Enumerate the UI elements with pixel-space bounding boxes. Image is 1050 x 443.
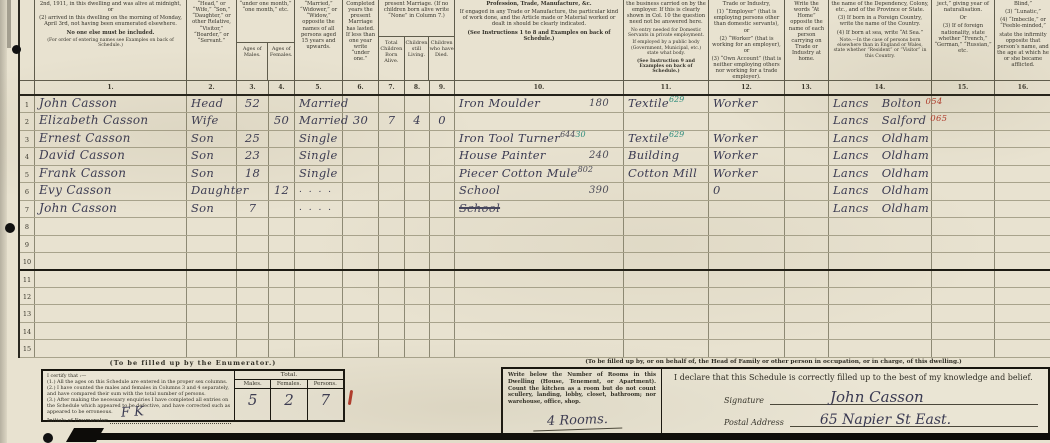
row-11-died [430,271,455,287]
column-number: 11. [624,81,709,94]
row-6-num: 6 [20,183,35,199]
row-6-died [430,183,455,199]
enumerator-box: I certify that :— (1.) All the ages on t… [41,369,345,422]
row-14-industry [624,323,709,339]
row-2-living: 4 [405,113,430,129]
row-12-age_m [237,288,269,304]
row-8-name [35,218,187,234]
row-1-died [430,96,455,112]
row-7-name: John Casson [35,201,187,217]
row-13-name [35,305,187,321]
header-employment-column: Trade or Industry, (1) “Employer” (that … [709,0,785,80]
row-15-birthplace [829,340,932,356]
row-11-age_f [269,271,295,287]
row-6-infirmity [995,183,1050,199]
table-header: 2nd, 1911, in this dwelling and was aliv… [20,0,1050,80]
row-2-born: 7 [379,113,405,129]
postal-address-handwriting: 65 Napier St East. [820,412,951,428]
header-text: state the infirmity opposite that person… [997,32,1049,69]
row-14-occupation [455,323,624,339]
row-13-years [343,305,379,321]
row-11-living [405,271,430,287]
header-birthplace-column: the name of the Dependency, Colony, etc.… [829,0,932,80]
enumerator-section-title: (To be filled up by the Enumerator.) [40,359,346,367]
row-7-occupation: School [455,201,624,217]
row-13-age_f [269,305,295,321]
row-14-athome [785,323,829,339]
row-13-nationality [932,305,995,321]
header-age-females: Ages of Females. [268,43,294,80]
table-row: 4David CassonSon23SingleHouse Painter240… [20,148,1050,165]
row-2-name: Elizabeth Casson [35,113,187,129]
row-7-num: 7 [20,201,35,217]
punch-hole [12,45,21,54]
row-10-name [35,253,187,268]
row-14-died [430,323,455,339]
row-12-relation [187,288,237,304]
rooms-value-handwriting: 4 Rooms. [533,411,623,431]
row-3-age_m: 25 [237,131,269,147]
row-1-num: 1 [20,96,35,112]
males-value-handwriting: 5 [235,389,271,420]
row-4-name: David Casson [35,148,187,164]
header-text: Completed years the present Marriage has… [345,1,376,62]
row-4-relation: Son [187,148,237,164]
row-6-nationality [932,183,995,199]
row-14-birthplace [829,323,932,339]
header-text: (2) arrived in this dwelling on the morn… [37,15,184,27]
row-6-industry [624,183,709,199]
header-text: (3) If born in a Foreign Country, write … [831,15,929,27]
header-infirmity-column: Blind,” (3) “Lunatic,” (4) “Imbecile,” o… [995,0,1050,80]
persons-label: Persons. [308,380,343,388]
row-2-age_f: 50 [269,113,295,129]
header-text: Note.—In the case of persons born elsewh… [831,38,929,60]
row-5-num: 5 [20,166,35,182]
row-9-infirmity [995,236,1050,252]
row-7-industry [624,201,709,217]
rooms-pane: Write below the Number of Rooms in this … [503,369,662,436]
header-text: present Marriage. (If no children born a… [379,0,454,36]
row-15-employment [709,340,785,356]
row-8-marriage [295,218,343,234]
row-9-industry [624,236,709,252]
table-row: 12 [20,288,1050,305]
row-13-occupation [455,305,624,321]
row-5-nationality [932,166,995,182]
row-9-employment [709,236,785,252]
row-15-living [405,340,430,356]
row-3-athome [785,131,829,147]
certify-item: (2.) I have counted the males and female… [47,385,231,397]
table-row: 10 [20,253,1050,270]
row-12-born [379,288,405,304]
row-6-relation: Daughter [187,183,237,199]
row-14-nationality [932,323,995,339]
header-text: (4) “Imbecile,” or “Feeble-minded,” [997,17,1049,29]
row-2-age_m [237,113,269,129]
table-row: 3Ernest CassonSon25SingleIron Tool Turne… [20,131,1050,148]
row-13-died [430,305,455,321]
postal-address-label: Postal Address [724,418,784,427]
row-2-died: 0 [430,113,455,129]
row-5-died [430,166,455,182]
census-schedule-page: 2nd, 1911, in this dwelling and was aliv… [0,0,1050,443]
header-name-column: 2nd, 1911, in this dwelling and was aliv… [35,0,187,80]
row-8-infirmity [995,218,1050,234]
row-12-died [430,288,455,304]
row-11-nationality [932,271,995,287]
row-11-years [343,271,379,287]
column-number: 1. [35,81,187,94]
row-13-infirmity [995,305,1050,321]
row-11-industry [624,271,709,287]
row-15-born [379,340,405,356]
row-11-born [379,271,405,287]
row-3-num: 3 [20,131,35,147]
entry-rows: 1John CassonHead52MarriedIron Moulder180… [20,96,1050,358]
row-4-years [343,148,379,164]
row-4-marriage: Single [295,148,343,164]
row-4-occupation: House Painter240 [455,148,624,164]
header-text: No one else must be included. [37,30,184,36]
row-2-marriage: Married [295,113,343,129]
row-4-age_m: 23 [237,148,269,164]
column-number: 2. [187,81,237,94]
row-5-age_f [269,166,295,182]
header-years-married-column: Completed years the present Marriage has… [343,0,379,80]
row-10-age_f [269,253,295,268]
header-children-living: Children still Living. [405,37,430,80]
header-text: (For order of entering names see Example… [37,38,184,49]
row-3-occupation: Iron Tool Turner64430 [455,131,624,147]
row-6-born [379,183,405,199]
row-9-name [35,236,187,252]
row-11-num: 11 [20,271,35,287]
females-value-handwriting: 2 [271,389,307,420]
row-4-birthplace: Lancs Oldham [829,148,932,164]
header-occupation-column: Profession, Trade, Manufacture, &c. If e… [455,0,624,80]
row-14-born [379,323,405,339]
row-7-years [343,201,379,217]
row-15-nationality [932,340,995,356]
row-10-occupation [455,253,624,268]
row-5-name: Frank Casson [35,166,187,182]
row-2-occupation [455,113,624,129]
row-1-years [343,96,379,112]
column-number: 16. [995,81,1050,94]
row-15-marriage [295,340,343,356]
row-4-nationality [932,148,995,164]
signature-label: Signature [724,396,764,405]
row-6-occupation: School390 [455,183,624,199]
row-2-relation: Wife [187,113,237,129]
declaration-pane: I declare that this Schedule is correctl… [662,369,1048,436]
row-1-name: John Casson [35,96,187,112]
row-9-num: 9 [20,236,35,252]
header-rownum-column [20,0,35,80]
header-text: (See Instruction 9 and Examples on back … [626,59,706,75]
row-12-infirmity [995,288,1050,304]
row-11-employment [709,271,785,287]
row-15-relation [187,340,237,356]
table-row: 7John CassonSon7. . . .SchoolLancs Oldha… [20,201,1050,218]
row-14-age_m [237,323,269,339]
row-10-infirmity [995,253,1050,268]
row-11-birthplace [829,271,932,287]
row-5-employment: Worker [709,166,785,182]
row-3-relation: Son [187,131,237,147]
initials-label: Initials of Enumerator [47,418,108,424]
row-13-born [379,305,405,321]
row-14-name [35,323,187,339]
row-10-industry [624,253,709,268]
row-3-marriage: Single [295,131,343,147]
row-14-infirmity [995,323,1050,339]
column-number: 4. [269,81,295,94]
column-number: 9. [430,81,455,94]
column-number: 13. [785,81,829,94]
table-row: 8 [20,218,1050,235]
row-8-living [405,218,430,234]
row-15-age_f [269,340,295,356]
row-8-born [379,218,405,234]
row-2-birthplace: Lancs Salford065 [829,113,932,129]
header-text: the name of the Dependency, Colony, etc.… [831,1,929,13]
row-8-industry [624,218,709,234]
row-15-age_m [237,340,269,356]
row-5-relation: Son [187,166,237,182]
row-14-employment [709,323,785,339]
header-children-group: present Marriage. (If no children born a… [379,0,455,80]
row-14-years [343,323,379,339]
row-13-num: 13 [20,305,35,321]
row-7-athome [785,201,829,217]
census-table: 2nd, 1911, in this dwelling and was aliv… [18,0,1050,358]
column-number: 14. [829,81,932,94]
row-7-died [430,201,455,217]
row-15-athome [785,340,829,356]
row-7-infirmity [995,201,1050,217]
row-6-name: Evy Casson [35,183,187,199]
column-number: 15. [932,81,995,94]
row-10-died [430,253,455,268]
declaration-text: I declare that this Schedule is correctl… [674,373,1038,382]
row-3-born [379,131,405,147]
totals-header: Total. [235,371,343,380]
row-3-age_f [269,131,295,147]
row-3-name: Ernest Casson [35,131,187,147]
row-13-employment [709,305,785,321]
row-7-nationality [932,201,995,217]
row-2-years: 30 [343,113,379,129]
row-8-years [343,218,379,234]
row-4-born [379,148,405,164]
row-12-employment [709,288,785,304]
row-1-relation: Head [187,96,237,112]
row-10-marriage [295,253,343,268]
row-10-birthplace [829,253,932,268]
header-relation-column: “Head,” or “Wife,” “Son,” “Daughter,” or… [187,0,237,80]
row-1-born [379,96,405,112]
row-5-occupation: Piecer Cotton Mule802 [455,166,624,182]
row-11-marriage [295,271,343,287]
row-6-athome [785,183,829,199]
header-text: (1) “Employer” (that is employing person… [711,9,782,34]
row-5-born [379,166,405,182]
row-12-occupation [455,288,624,304]
row-12-age_f [269,288,295,304]
row-9-occupation [455,236,624,252]
row-12-years [343,288,379,304]
row-8-num: 8 [20,218,35,234]
row-6-birthplace: Lancs Oldham [829,183,932,199]
header-text: 2nd, 1911, in this dwelling and was aliv… [37,1,184,13]
column-number: 7. [379,81,405,94]
householder-box: Write below the Number of Rooms in this … [501,367,1050,438]
row-13-age_m [237,305,269,321]
row-10-living [405,253,430,268]
row-4-industry: Building [624,148,709,164]
row-1-age_m: 52 [237,96,269,112]
row-1-nationality [932,96,995,112]
row-12-marriage [295,288,343,304]
table-row: 11 [20,271,1050,288]
row-4-num: 4 [20,148,35,164]
persons-value-handwriting: 7 [308,389,343,420]
row-11-athome [785,271,829,287]
table-row: 1John CassonHead52MarriedIron Moulder180… [20,96,1050,113]
row-14-relation [187,323,237,339]
row-8-birthplace [829,218,932,234]
row-11-occupation [455,271,624,287]
row-5-age_m: 18 [237,166,269,182]
row-6-age_f: 12 [269,183,295,199]
row-2-infirmity [995,113,1050,129]
table-row: 5Frank CassonSon18SinglePiecer Cotton Mu… [20,166,1050,183]
header-text: Write the words “At Home” opposite the n… [787,1,826,62]
header-text: Profession, Trade, Manufacture, &c. [457,1,621,7]
enumerator-certification: I certify that :— (1.) All the ages on t… [43,371,235,420]
header-text: If engaged in any Trade or Manufacture, … [457,9,621,27]
row-7-employment [709,201,785,217]
column-number: 6. [343,81,379,94]
row-9-died [430,236,455,252]
row-10-born [379,253,405,268]
column-number: 10. [455,81,624,94]
row-2-employment [709,113,785,129]
red-check-mark [348,390,353,405]
column-number [20,81,35,94]
row-3-living [405,131,430,147]
row-7-age_m: 7 [237,201,269,217]
column-number: 3. [237,81,269,94]
table-row: 6Evy CassonDaughter12. . . .School3900La… [20,183,1050,200]
scan-smudge [7,0,11,48]
row-15-industry [624,340,709,356]
paper-left-edge [0,0,7,443]
row-1-age_f [269,96,295,112]
row-1-infirmity [995,96,1050,112]
header-text: ject,” giving year of naturalisation. [934,1,992,13]
header-text: (3) “Own Account” (that is neither emplo… [711,56,782,80]
table-row: 2Elizabeth CassonWife50Married30740Lancs… [20,113,1050,130]
row-10-relation [187,253,237,268]
row-7-born [379,201,405,217]
row-5-living [405,166,430,182]
row-12-industry [624,288,709,304]
row-13-living [405,305,430,321]
row-10-years [343,253,379,268]
punch-hole [43,433,53,443]
row-8-employment [709,218,785,234]
row-2-industry [624,113,709,129]
row-9-born [379,236,405,252]
column-number-strip: 1. 2. 3. 4. 5. 6. 7. 8. 9. 10. 11. 12. 1… [20,80,1050,96]
row-13-relation [187,305,237,321]
row-2-num: 2 [20,113,35,129]
row-6-employment: 0 [709,183,785,199]
row-12-num: 12 [20,288,35,304]
row-5-years [343,166,379,182]
row-1-marriage: Married [295,96,343,112]
row-5-infirmity [995,166,1050,182]
row-9-nationality [932,236,995,252]
females-label: Females. [271,380,307,388]
header-text: “Married,” “Widower,” or “Widow,” opposi… [297,1,340,50]
enumerator-initials-handwriting: F K [121,404,145,421]
row-1-industry: Textile629 [624,96,709,112]
row-3-industry: Textile629 [624,131,709,147]
column-number: 8. [405,81,430,94]
row-11-age_m [237,271,269,287]
row-8-age_m [237,218,269,234]
header-text: “Head,” or “Wife,” “Son,” “Daughter,” or… [189,1,234,44]
row-3-infirmity [995,131,1050,147]
header-text: (4) If born at sea, write “At Sea.” [831,30,929,36]
row-13-athome [785,305,829,321]
table-row: 9 [20,236,1050,253]
row-12-birthplace [829,288,932,304]
row-15-died [430,340,455,356]
row-8-died [430,218,455,234]
row-4-died [430,148,455,164]
row-3-birthplace: Lancs Oldham [829,131,932,147]
header-at-home-column: Write the words “At Home” opposite the n… [785,0,829,80]
row-4-employment: Worker [709,148,785,164]
row-8-relation [187,218,237,234]
row-4-living [405,148,430,164]
row-2-nationality [932,113,995,129]
header-text: “under one month,” “one month,” etc. [237,0,294,42]
column-number: 12. [709,81,785,94]
scan-bottom-border [88,433,1050,440]
header-text: If employed by a public body (Government… [626,40,706,56]
row-15-name [35,340,187,356]
row-1-employment: Worker [709,96,785,112]
row-1-birthplace: Lancs Bolton054 [829,96,932,112]
header-ages-group: “under one month,” “one month,” etc. Age… [237,0,295,80]
row-1-athome [785,96,829,112]
header-text: (See Instructions 1 to 8 and Examples on… [457,30,621,42]
row-15-years [343,340,379,356]
row-7-relation: Son [187,201,237,217]
header-marriage-column: “Married,” “Widower,” or “Widow,” opposi… [295,0,343,80]
row-8-athome [785,218,829,234]
row-15-occupation [455,340,624,356]
row-10-num: 10 [20,253,35,268]
row-2-athome [785,113,829,129]
